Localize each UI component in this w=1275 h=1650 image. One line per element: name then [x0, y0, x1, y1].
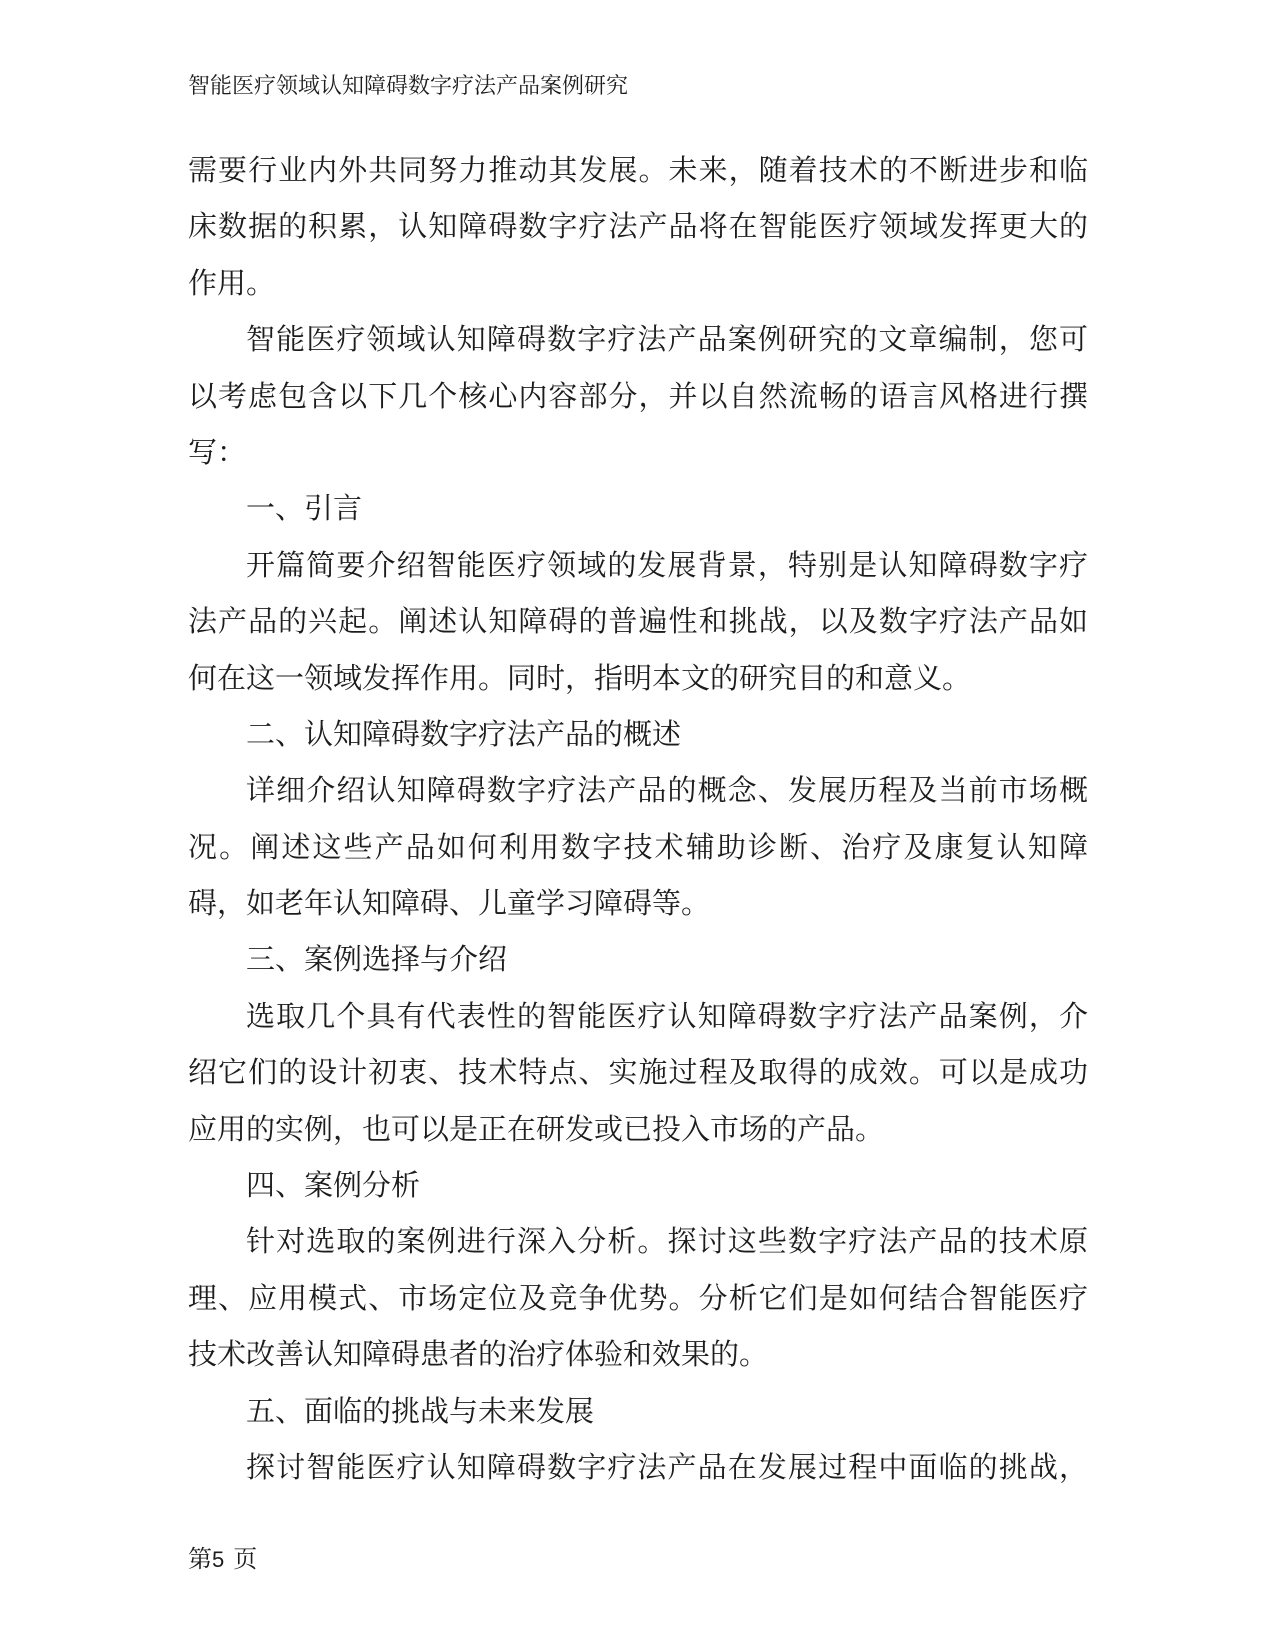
page-number: 5: [212, 1547, 224, 1572]
text-line: 技术改善认知障碍患者的治疗体验和效果的。: [188, 1327, 1088, 1383]
document-page: 智能医疗领域认知障碍数字疗法产品案例研究 需要行业内外共同努力推动其发展。未来，…: [0, 0, 1275, 1650]
text-line: 写：: [188, 425, 1088, 481]
page-header-title: 智能医疗领域认知障碍数字疗法产品案例研究: [188, 72, 628, 100]
text-line: 选取几个具有代表性的智能医疗认知障碍数字疗法产品案例，介: [188, 989, 1088, 1045]
text-line: 法产品的兴起。阐述认知障碍的普遍性和挑战，以及数字疗法产品如: [188, 594, 1088, 650]
text-line: 一、引言: [188, 481, 1088, 537]
text-line: 开篇简要介绍智能医疗领域的发展背景，特别是认知障碍数字疗: [188, 538, 1088, 594]
text-line: 针对选取的案例进行深入分析。探讨这些数字疗法产品的技术原: [188, 1214, 1088, 1270]
text-line: 五、面临的挑战与未来发展: [188, 1384, 1088, 1440]
text-line: 需要行业内外共同努力推动其发展。未来，随着技术的不断进步和临: [188, 143, 1088, 199]
text-line: 以考虑包含以下几个核心内容部分，并以自然流畅的语言风格进行撰: [188, 369, 1088, 425]
text-line: 作用。: [188, 256, 1088, 312]
text-line: 应用的实例，也可以是正在研发或已投入市场的产品。: [188, 1102, 1088, 1158]
text-line: 床数据的积累，认知障碍数字疗法产品将在智能医疗领域发挥更大的: [188, 199, 1088, 255]
text-line: 四、案例分析: [188, 1158, 1088, 1214]
text-line: 碍，如老年认知障碍、儿童学习障碍等。: [188, 876, 1088, 932]
text-line: 何在这一领域发挥作用。同时，指明本文的研究目的和意义。: [188, 651, 1088, 707]
page-footer: 第5页: [188, 1546, 257, 1574]
text-line: 况。阐述这些产品如何利用数字技术辅助诊断、治疗及康复认知障: [188, 820, 1088, 876]
text-line: 绍它们的设计初衷、技术特点、实施过程及取得的成效。可以是成功: [188, 1045, 1088, 1101]
text-line: 三、案例选择与介绍: [188, 932, 1088, 988]
text-line: 理、应用模式、市场定位及竞争优势。分析它们是如何结合智能医疗: [188, 1271, 1088, 1327]
text-line: 二、认知障碍数字疗法产品的概述: [188, 707, 1088, 763]
page-number-suffix: 页: [233, 1547, 257, 1573]
text-line: 详细介绍认知障碍数字疗法产品的概念、发展历程及当前市场概: [188, 763, 1088, 819]
body-text: 需要行业内外共同努力推动其发展。未来，随着技术的不断进步和临床数据的积累，认知障…: [188, 143, 1088, 1496]
text-line: 探讨智能医疗认知障碍数字疗法产品在发展过程中面临的挑战，: [188, 1440, 1088, 1496]
page-number-prefix: 第: [188, 1547, 212, 1573]
text-line: 智能医疗领域认知障碍数字疗法产品案例研究的文章编制，您可: [188, 312, 1088, 368]
